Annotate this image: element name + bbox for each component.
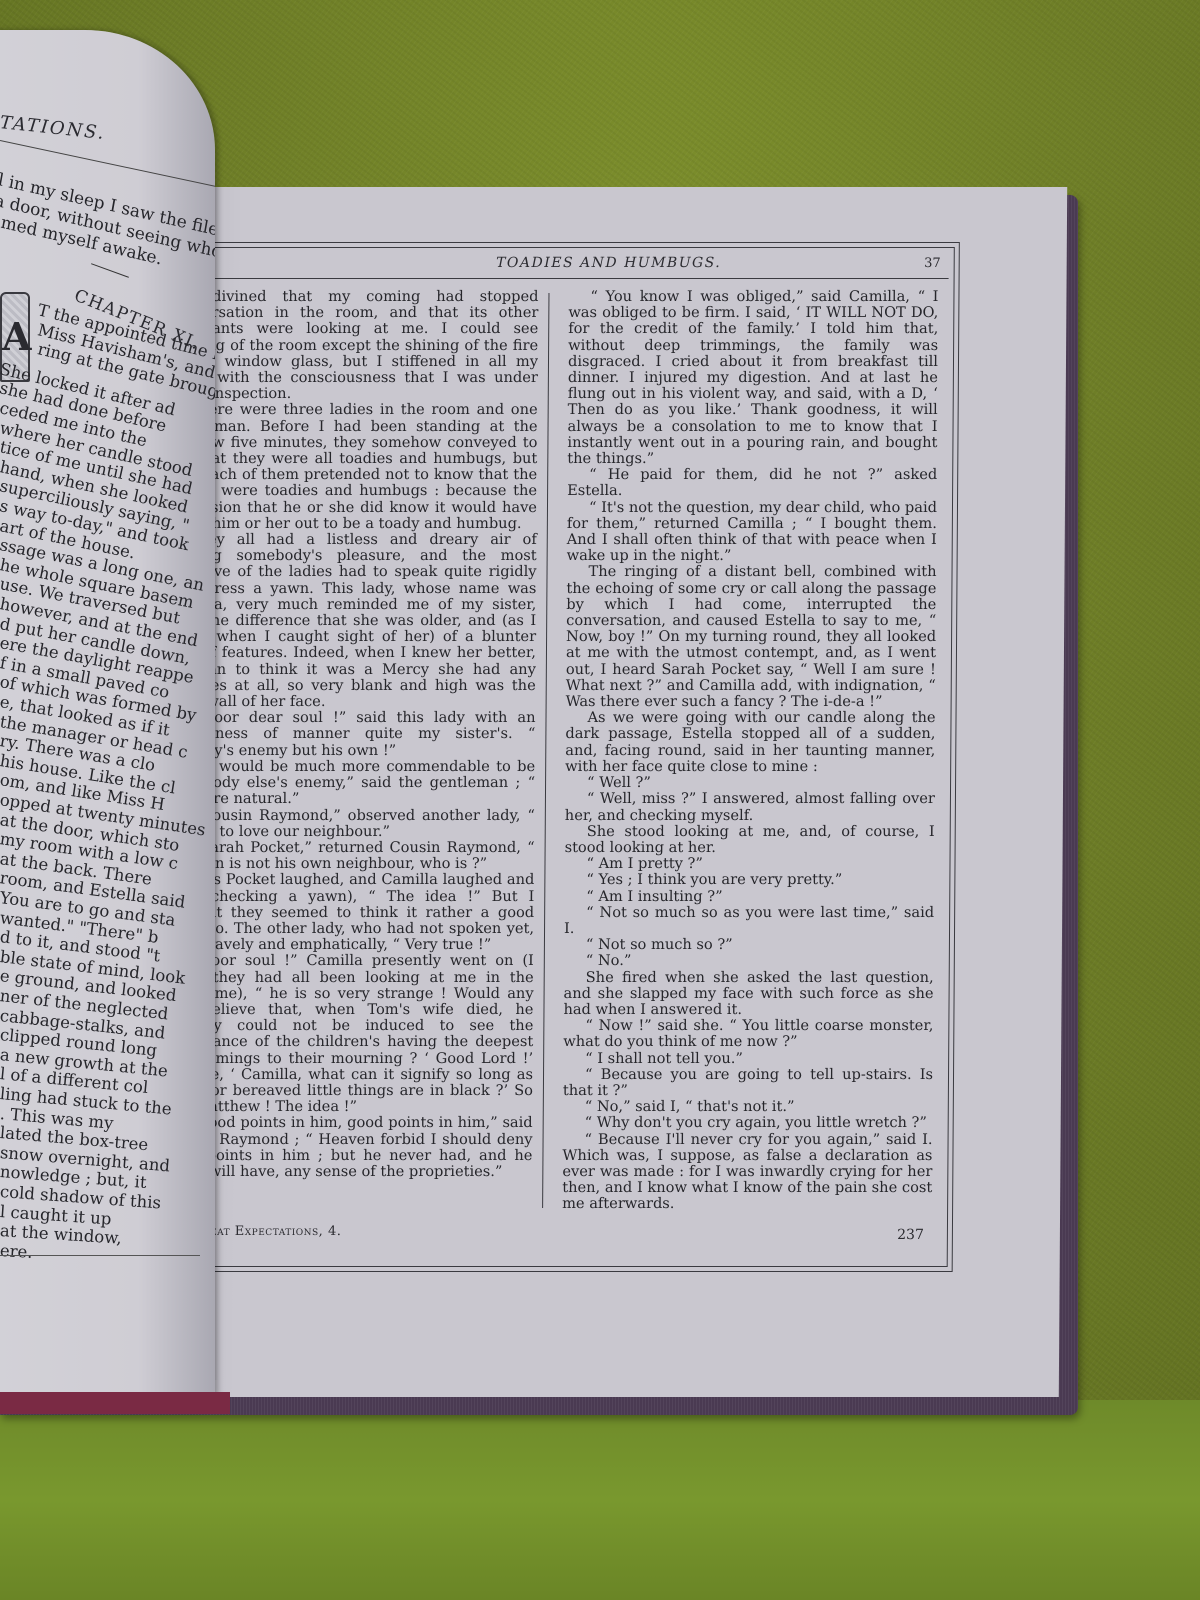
green-felt-foreground bbox=[0, 1400, 1200, 1600]
paragraph: “ Cousin Raymond,” observed another lady… bbox=[165, 808, 535, 840]
running-title: TOADIES AND HUMBUGS. bbox=[139, 255, 949, 271]
paragraph: “ You know I was obliged,” said Camilla,… bbox=[567, 289, 938, 467]
paragraph: “ He paid for them, did he not ?” asked … bbox=[567, 467, 937, 499]
left-top-text: l in my sleep I saw the file co a door, … bbox=[0, 170, 215, 282]
left-body-text: T the appointed time IMiss Havisham's, a… bbox=[0, 300, 175, 1280]
paragraph: “ Am I pretty ?” bbox=[564, 856, 934, 872]
paragraph: There were three ladies in the room and … bbox=[167, 402, 538, 532]
paragraph: “ It would be much more commendable to b… bbox=[165, 759, 535, 808]
paragraph: “ Yes ; I think you are very pretty.” bbox=[564, 872, 934, 888]
paragraph: “ Well ?” bbox=[565, 775, 935, 791]
paragraph: “ Poor soul !” Camilla presently went on… bbox=[163, 953, 534, 1115]
text-column-right: “ You know I was obliged,” said Camilla,… bbox=[562, 289, 938, 1213]
paragraph: I divined that my coming had stopped con… bbox=[168, 289, 539, 402]
paragraph: As we were going with our candle along t… bbox=[565, 710, 935, 775]
paragraph: “ It's not the question, my dear child, … bbox=[567, 500, 937, 565]
paragraph: “ Not so much so ?” bbox=[564, 937, 934, 953]
paragraph: She fired when she asked the last questi… bbox=[563, 970, 933, 1019]
paragraph: “ Am I insulting ?” bbox=[564, 889, 934, 905]
paragraph: She stood looking at me, and, of course,… bbox=[565, 824, 935, 856]
left-page-curled[interactable]: TATIONS. l in my sleep I saw the file co… bbox=[0, 30, 215, 1410]
text-frame: TOADIES AND HUMBUGS. 37 I divined that m… bbox=[121, 242, 960, 1272]
paragraph: “ No.” bbox=[564, 953, 934, 969]
paragraph: “ Sarah Pocket,” returned Cousin Raymond… bbox=[164, 840, 534, 872]
paragraph: “ Not so much so as you were last time,”… bbox=[564, 905, 934, 937]
paragraph: They all had a listless and dreary air o… bbox=[166, 532, 537, 710]
page-number: 37 bbox=[924, 256, 941, 271]
paragraph: “ Because you are going to tell up-stair… bbox=[563, 1067, 933, 1099]
paragraph: “ Why don't you cry again, you little wr… bbox=[563, 1115, 933, 1131]
right-page: TOADIES AND HUMBUGS. 37 I divined that m… bbox=[94, 187, 1067, 1397]
text-line: ere. bbox=[0, 1241, 33, 1262]
bottom-rule bbox=[0, 1255, 200, 1256]
paragraph: “ No,” said I, “ that's not it.” bbox=[563, 1099, 933, 1115]
cover-corner-wear bbox=[0, 1392, 230, 1414]
sheet-number: 237 bbox=[897, 1227, 924, 1243]
paragraph: “ Well, miss ?” I answered, almost falli… bbox=[565, 791, 935, 823]
text-column-left: I divined that my coming had stopped con… bbox=[162, 289, 538, 1180]
left-running-head: TATIONS. bbox=[0, 112, 107, 144]
ornament-rule-icon bbox=[91, 263, 129, 278]
paragraph: “ I shall not tell you.” bbox=[563, 1051, 933, 1067]
running-head: TOADIES AND HUMBUGS. 37 bbox=[139, 253, 949, 279]
paragraph: “ Because I'll never cry for you again,”… bbox=[562, 1132, 933, 1213]
paragraph: “ Poor dear soul !” said this lady with … bbox=[165, 710, 535, 759]
paragraph: The ringing of a distant bell, combined … bbox=[566, 564, 937, 710]
paragraph: Miss Pocket laughed, and Camilla laughed… bbox=[164, 872, 535, 953]
paragraph: “ Now !” said she. “ You little coarse m… bbox=[563, 1018, 933, 1050]
